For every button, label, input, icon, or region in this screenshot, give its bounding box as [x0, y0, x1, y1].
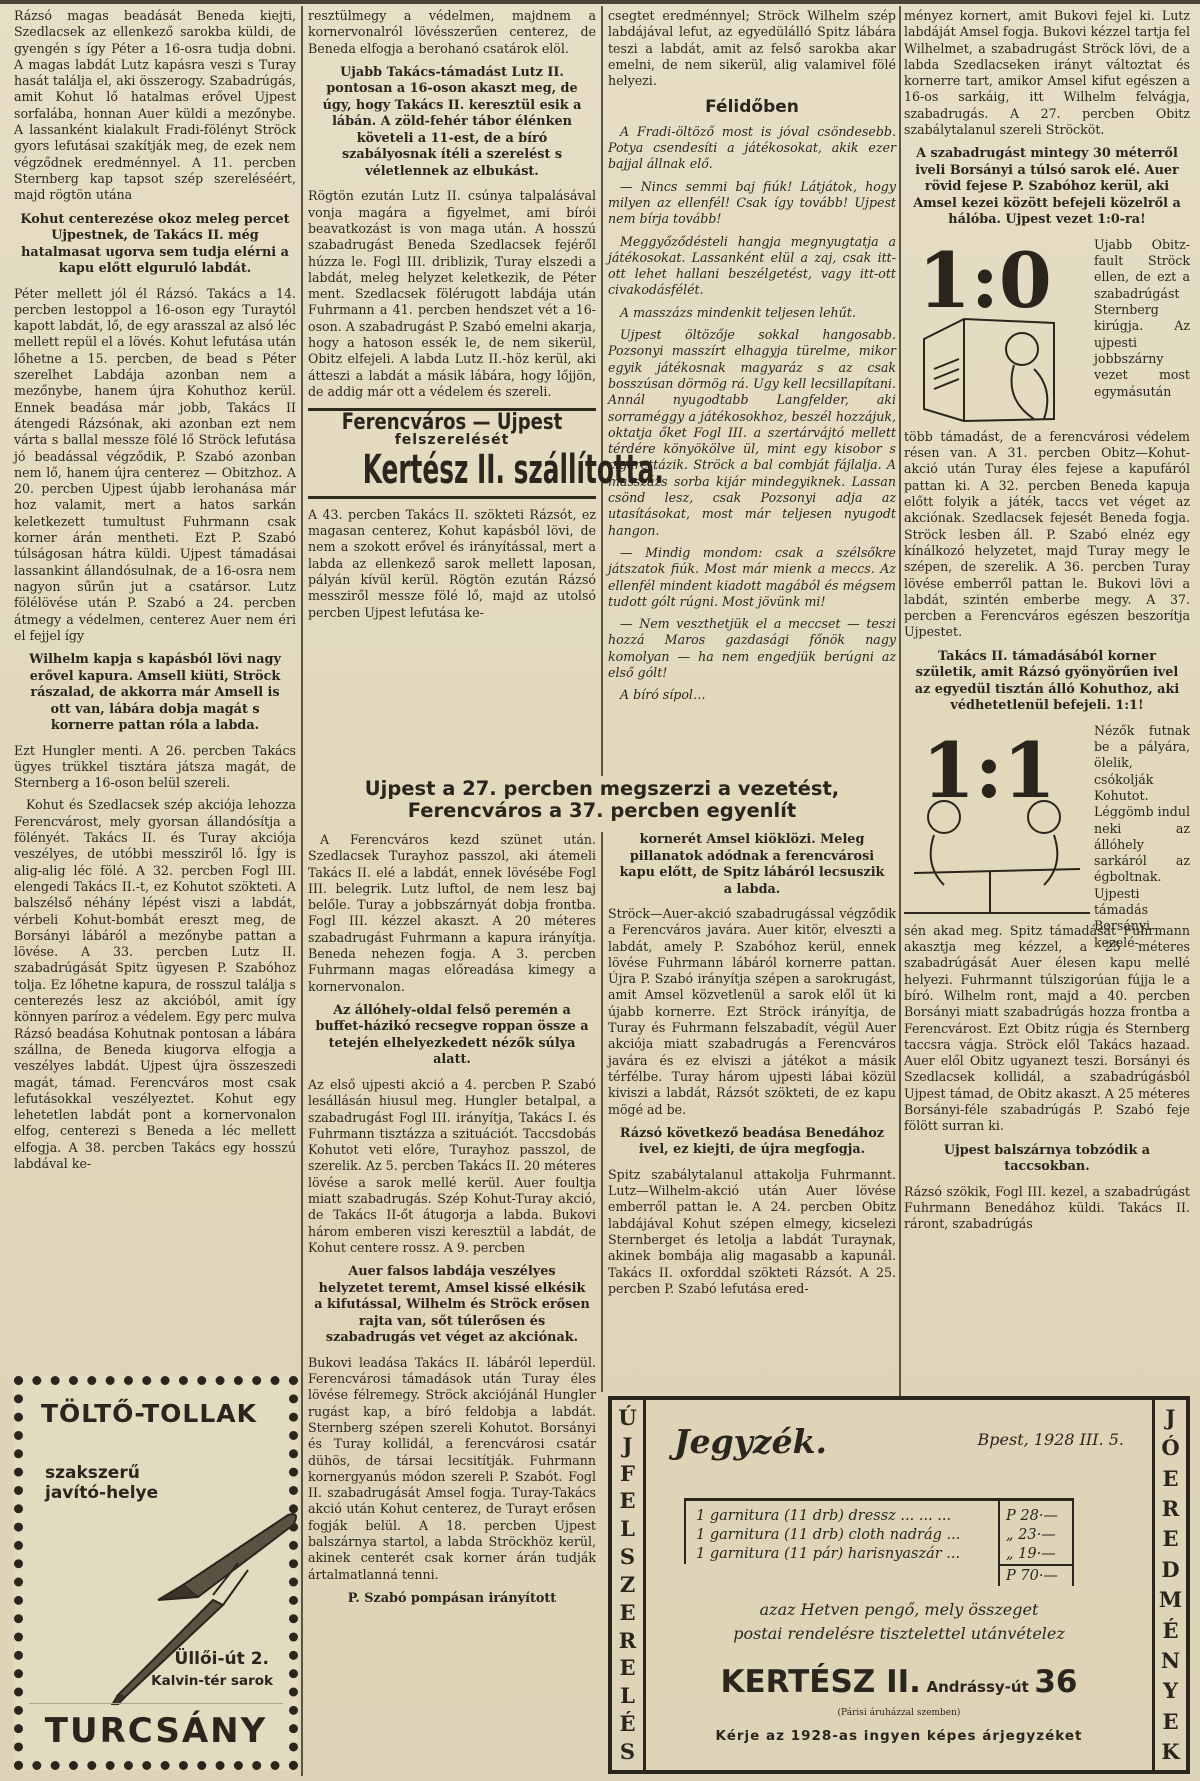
item-description: 1 garnitura (11 pár) harisnyaszár ... [684, 1545, 998, 1564]
price-total-row: P 70·— [684, 1564, 1074, 1586]
paragraph: ményez kornert, amit Bukovi fejel ki. Lu… [904, 8, 1190, 138]
item-description: 1 garnitura (11 drb) cloth nadrág ... [684, 1526, 998, 1545]
paragraph: A masszázs mindenkit teljesen lehűt. [608, 305, 896, 321]
paragraph: Péter mellett jól él Rázsó. Takács a 14.… [14, 286, 296, 645]
paragraph: A Fradi-öltöző most is jóval csöndesebb.… [608, 124, 896, 173]
paragraph: Rögtön ezután Lutz II. csúnya talpalásáv… [308, 188, 596, 400]
paragraph: csegtet eredménnyel; Ströck Wilhelm szép… [608, 8, 896, 89]
slogan-letter: É [1162, 1621, 1178, 1641]
slogan-letter: É [619, 1714, 635, 1734]
price-row: 1 garnitura (11 drb) dressz ... ... ...P… [684, 1501, 1074, 1526]
ad-address-detail: Kalvin-tér sarok [151, 1673, 273, 1689]
column-1: Rázsó magas beadását Beneda kiejti, Szed… [14, 8, 296, 1178]
paragraph: A Ferencváros kezd szünet után. Szedlacs… [308, 832, 596, 995]
ad-brand-name: TURCSÁNY [23, 1711, 289, 1751]
paragraph: Az első ujpesti akció a 4. percben P. Sz… [308, 1077, 596, 1256]
ad-text: postai rendelésre tisztelettel utánvétel… [646, 1624, 1152, 1643]
score-illustration-1-0: 1:0 Ujabb Obitz-fault Ströck ellen, de e… [904, 237, 1190, 425]
score-label: 1:0 [918, 243, 1052, 319]
slogan-letter: Z [620, 1575, 635, 1595]
vertical-slogan-right: JÓEREDMÉNYEK [1152, 1400, 1186, 1770]
kertesz-supply-advertisement: Ferencváros — Ujpest felszerelését Kerté… [308, 408, 596, 499]
ad-headline: Ferencváros — Ujpest [334, 415, 570, 431]
slogan-letter: R [1162, 1499, 1179, 1519]
slogan-letter: J [623, 1436, 633, 1456]
vertical-slogan-left: ÚJFELSZERELÉS [612, 1400, 646, 1770]
ad-title: TÖLTŐ-TOLLAK [41, 1399, 257, 1428]
slogan-letter: J [1166, 1408, 1176, 1428]
subheading: Auer falsos labdája veszélyes helyzetet … [314, 1264, 590, 1347]
paragraph: Rázsó szökik, Fogl III. kezel, a szabadr… [904, 1184, 1190, 1233]
paragraph: sén akad meg. Spitz támadását Fuhrmann a… [904, 923, 1190, 1135]
brand-name: KERTÉSZ II. [720, 1664, 920, 1700]
subheading: Ujpest balszárnya tobzódik a taccsokban. [910, 1143, 1184, 1176]
score-illustration-1-1: 1:1 Nézők futnak be a pályára, ölelik, c… [904, 723, 1190, 919]
paragraph: — Mindig mondom: csak a szélsőkre játsza… [608, 545, 896, 610]
column-4: ményez kornert, amit Bukovi fejel ki. Lu… [904, 8, 1190, 1238]
subheading: Takács II. támadásából korner születik, … [910, 649, 1184, 715]
newspaper-page: Rázsó magas beadását Beneda kiejti, Szed… [0, 0, 1200, 1781]
slogan-letter: E [619, 1491, 635, 1511]
column-3-lower: kornerét Amsel kiöklözi. Meleg pillanato… [608, 832, 896, 1303]
price-row: 1 garnitura (11 drb) cloth nadrág ...„ 2… [684, 1526, 1074, 1545]
paragraph: Ujpest öltözője sokkal hangosabb. Pozson… [608, 327, 896, 539]
slogan-letter: E [1162, 1712, 1178, 1732]
slogan-letter: Y [1163, 1681, 1178, 1701]
paragraph: A 43. percben Takács II. szökteti Rázsót… [308, 507, 596, 621]
ad-brand: Kertész II. szállította. [363, 448, 542, 492]
paragraph: több támadást, de a ferencvárosi védelem… [904, 429, 1190, 641]
slogan-letter: E [619, 1603, 635, 1623]
subheading: kornerét Amsel kiöklözi. Meleg pillanato… [614, 832, 890, 898]
score-side-text: Ujabb Obitz-fault Ströck ellen, de ezt a… [1094, 237, 1190, 400]
slogan-letter: S [620, 1742, 635, 1762]
slogan-letter: L [620, 1686, 635, 1706]
ad-date: Bpest, 1928 III. 5. [978, 1430, 1124, 1449]
item-price: „ 19·— [998, 1545, 1074, 1564]
section-heading: Félidőben [608, 99, 896, 115]
pen-repair-advertisement: TÖLTŐ-TOLLAK szakszerű javító-helye Üllő… [14, 1376, 298, 1770]
seesaw-players-cartoon-icon [904, 795, 1090, 919]
ad-brand-line: KERTÉSZ II. Andrássy-út 36 [646, 1664, 1152, 1700]
goalkeeper-cartoon-icon [904, 309, 1090, 433]
subheading: Wilhelm kapja s kapásból lövi nagy erőve… [20, 652, 290, 735]
paragraph: Bukovi leadása Takács II. lábáról leperd… [308, 1355, 596, 1583]
slogan-letter: R [619, 1631, 636, 1651]
slogan-letter: Ú [618, 1408, 636, 1428]
ad-text: azaz Hetven pengő, mely összeget [646, 1600, 1152, 1619]
paragraph: Kohut és Szedlacsek szép akciója lehozza… [14, 797, 296, 1172]
paragraph: Ströck—Auer-akció szabadrugással végződi… [608, 906, 896, 1118]
paragraph: — Nincs semmi baj fiúk! Látjátok, hogy m… [608, 179, 896, 228]
slogan-letter: N [1161, 1651, 1180, 1671]
top-rule [0, 0, 1200, 4]
item-price: P 28·— [998, 1501, 1074, 1526]
headline-line: Ujpest a 27. percben megszerzi a vezetés… [308, 778, 896, 800]
kertesz-price-list-advertisement: ÚJFELSZERELÉS JÓEREDMÉNYEK Jegyzék. Bpes… [608, 1396, 1190, 1774]
paragraph: Meggyőződésteli hangja megnyugtatja a já… [608, 234, 896, 299]
score-side-text: Nézők futnak be a pályára, ölelik, csóko… [1094, 723, 1190, 951]
subheading: Kohut centerezése okoz meleg percet Ujpe… [20, 212, 290, 278]
paragraph: Ezt Hungler menti. A 26. percben Takács … [14, 743, 296, 792]
ad-title: Jegyzék. [674, 1422, 827, 1461]
slogan-letter: L [620, 1519, 635, 1539]
subheading: A szabadrugást mintegy 30 méterről iveli… [910, 146, 1184, 229]
ad-note: (Párisi áruházzal szemben) [646, 1708, 1152, 1718]
brand-number: 36 [1034, 1664, 1077, 1700]
slogan-letter: D [1161, 1560, 1179, 1580]
section-headline: Ujpest a 27. percben megszerzi a vezetés… [308, 778, 896, 822]
paragraph: Rázsó magas beadását Beneda kiejti, Szed… [14, 8, 296, 204]
paragraph: A bíró sípol… [608, 687, 896, 703]
slogan-letter: E [619, 1658, 635, 1678]
slogan-letter: E [1162, 1469, 1178, 1489]
brand-street: Andrássy-út [927, 1678, 1029, 1696]
column-3: csegtet eredménnyel; Ströck Wilhelm szép… [608, 8, 896, 710]
headline-line: Ferencváros a 37. percben egyenlít [308, 800, 896, 822]
column-2-lower: A Ferencváros kezd szünet után. Szedlacs… [308, 832, 596, 1615]
slogan-letter: K [1161, 1742, 1179, 1762]
paragraph: — Nem veszthetjük el a meccset — teszi h… [608, 616, 896, 681]
subheading: P. Szabó pompásan irányított [314, 1591, 590, 1608]
slogan-letter: S [620, 1547, 635, 1567]
price-table: 1 garnitura (11 drb) dressz ... ... ...P… [684, 1498, 1074, 1586]
slogan-letter: M [1159, 1590, 1182, 1610]
item-price: „ 23·— [998, 1526, 1074, 1545]
column-divider [601, 6, 603, 776]
column-2: resztülmegy a védelmen, majdnem a korner… [308, 8, 596, 627]
subheading: Rázsó következő beadása Benedához ivel, … [614, 1126, 890, 1159]
slogan-letter: F [620, 1464, 635, 1484]
slogan-letter: Ó [1161, 1438, 1179, 1458]
ad-address: Üllői-út 2. [175, 1649, 269, 1669]
divider [29, 1703, 283, 1704]
column-divider [601, 832, 603, 1392]
slogan-letter: E [1162, 1529, 1178, 1549]
price-row: 1 garnitura (11 pár) harisnyaszár ...„ 1… [684, 1545, 1074, 1564]
subheading: Ujabb Takács-támadást Lutz II. pontosan … [314, 65, 590, 181]
paragraph: Spitz szabálytalanul attakolja Fuhrmannt… [608, 1167, 896, 1297]
paragraph: resztülmegy a védelmen, majdnem a korner… [308, 8, 596, 57]
column-divider [899, 6, 901, 1396]
subheading: Az állóhely-oldal felső peremén a buffet… [314, 1003, 590, 1069]
price-total: P 70·— [998, 1564, 1074, 1586]
item-description: 1 garnitura (11 drb) dressz ... ... ... [684, 1501, 998, 1526]
ad-call-to-action: Kérje az 1928-as ingyen képes árjegyzéke… [646, 1728, 1152, 1744]
